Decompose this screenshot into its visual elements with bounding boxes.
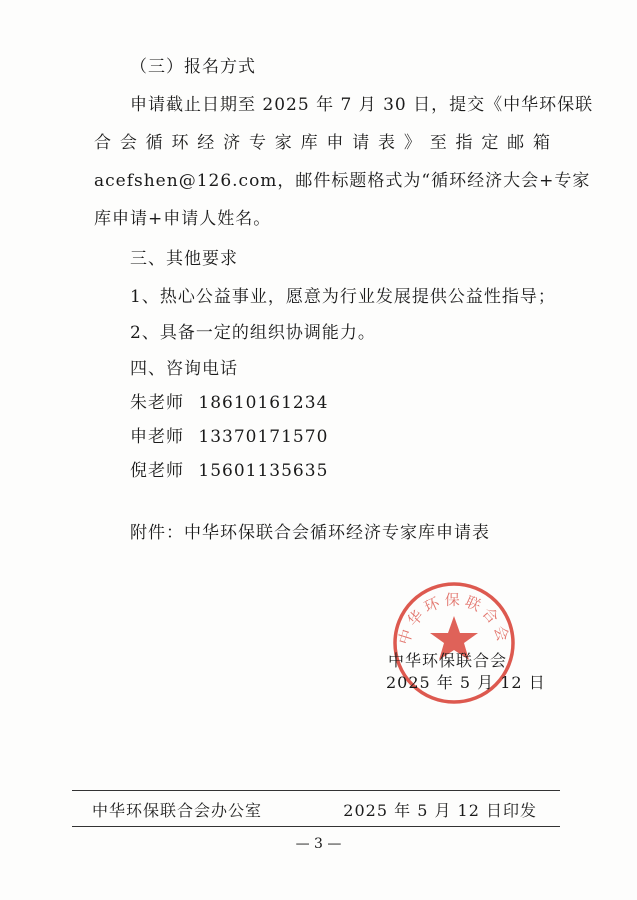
paragraph-line-4: 库申请+申请人姓名。 [94, 204, 271, 229]
signature-org: 中华环保联合会 [388, 648, 507, 671]
contact-name: 倪老师 [130, 456, 192, 481]
contact-name: 朱老师 [130, 388, 192, 413]
contact-row: 申老师 13370171570 [130, 422, 328, 447]
footer-bottom-divider [72, 826, 560, 827]
footer-office: 中华环保联合会办公室 [92, 798, 262, 821]
paragraph-line-2: 合会循环经济专家库申请表》至指定邮箱 [94, 128, 556, 153]
attachment-line: 附件：中华环保联合会循环经济专家库申请表 [130, 518, 490, 543]
contact-phone: 13370171570 [198, 427, 328, 447]
requirement-item-2: 2、具备一定的组织协调能力。 [130, 318, 376, 343]
footer-top-divider [72, 790, 560, 791]
page-number: — 3 — [0, 836, 637, 852]
paragraph-line-1: 申请截止日期至 2025 年 7 月 30 日，提交《中华环保联 [130, 90, 556, 115]
signature-date: 2025 年 5 月 12 日 [386, 670, 546, 693]
paragraph-line-3: acefshen@126.com，邮件标题格式为“循环经济大会+专家 [94, 166, 590, 191]
contact-row: 倪老师 15601135635 [130, 456, 328, 481]
requirement-item-1: 1、热心公益事业，愿意为行业发展提供公益性指导； [130, 282, 556, 307]
contact-row: 朱老师 18610161234 [130, 388, 328, 413]
contacts-heading: 四、咨询电话 [130, 354, 238, 379]
other-requirements-heading: 三、其他要求 [130, 244, 238, 269]
section-heading: （三）报名方式 [130, 52, 256, 77]
footer-issue-date: 2025 年 5 月 12 日印发 [343, 798, 537, 821]
contact-phone: 18610161234 [198, 393, 328, 413]
contact-name: 申老师 [130, 422, 192, 447]
contact-phone: 15601135635 [198, 461, 328, 481]
